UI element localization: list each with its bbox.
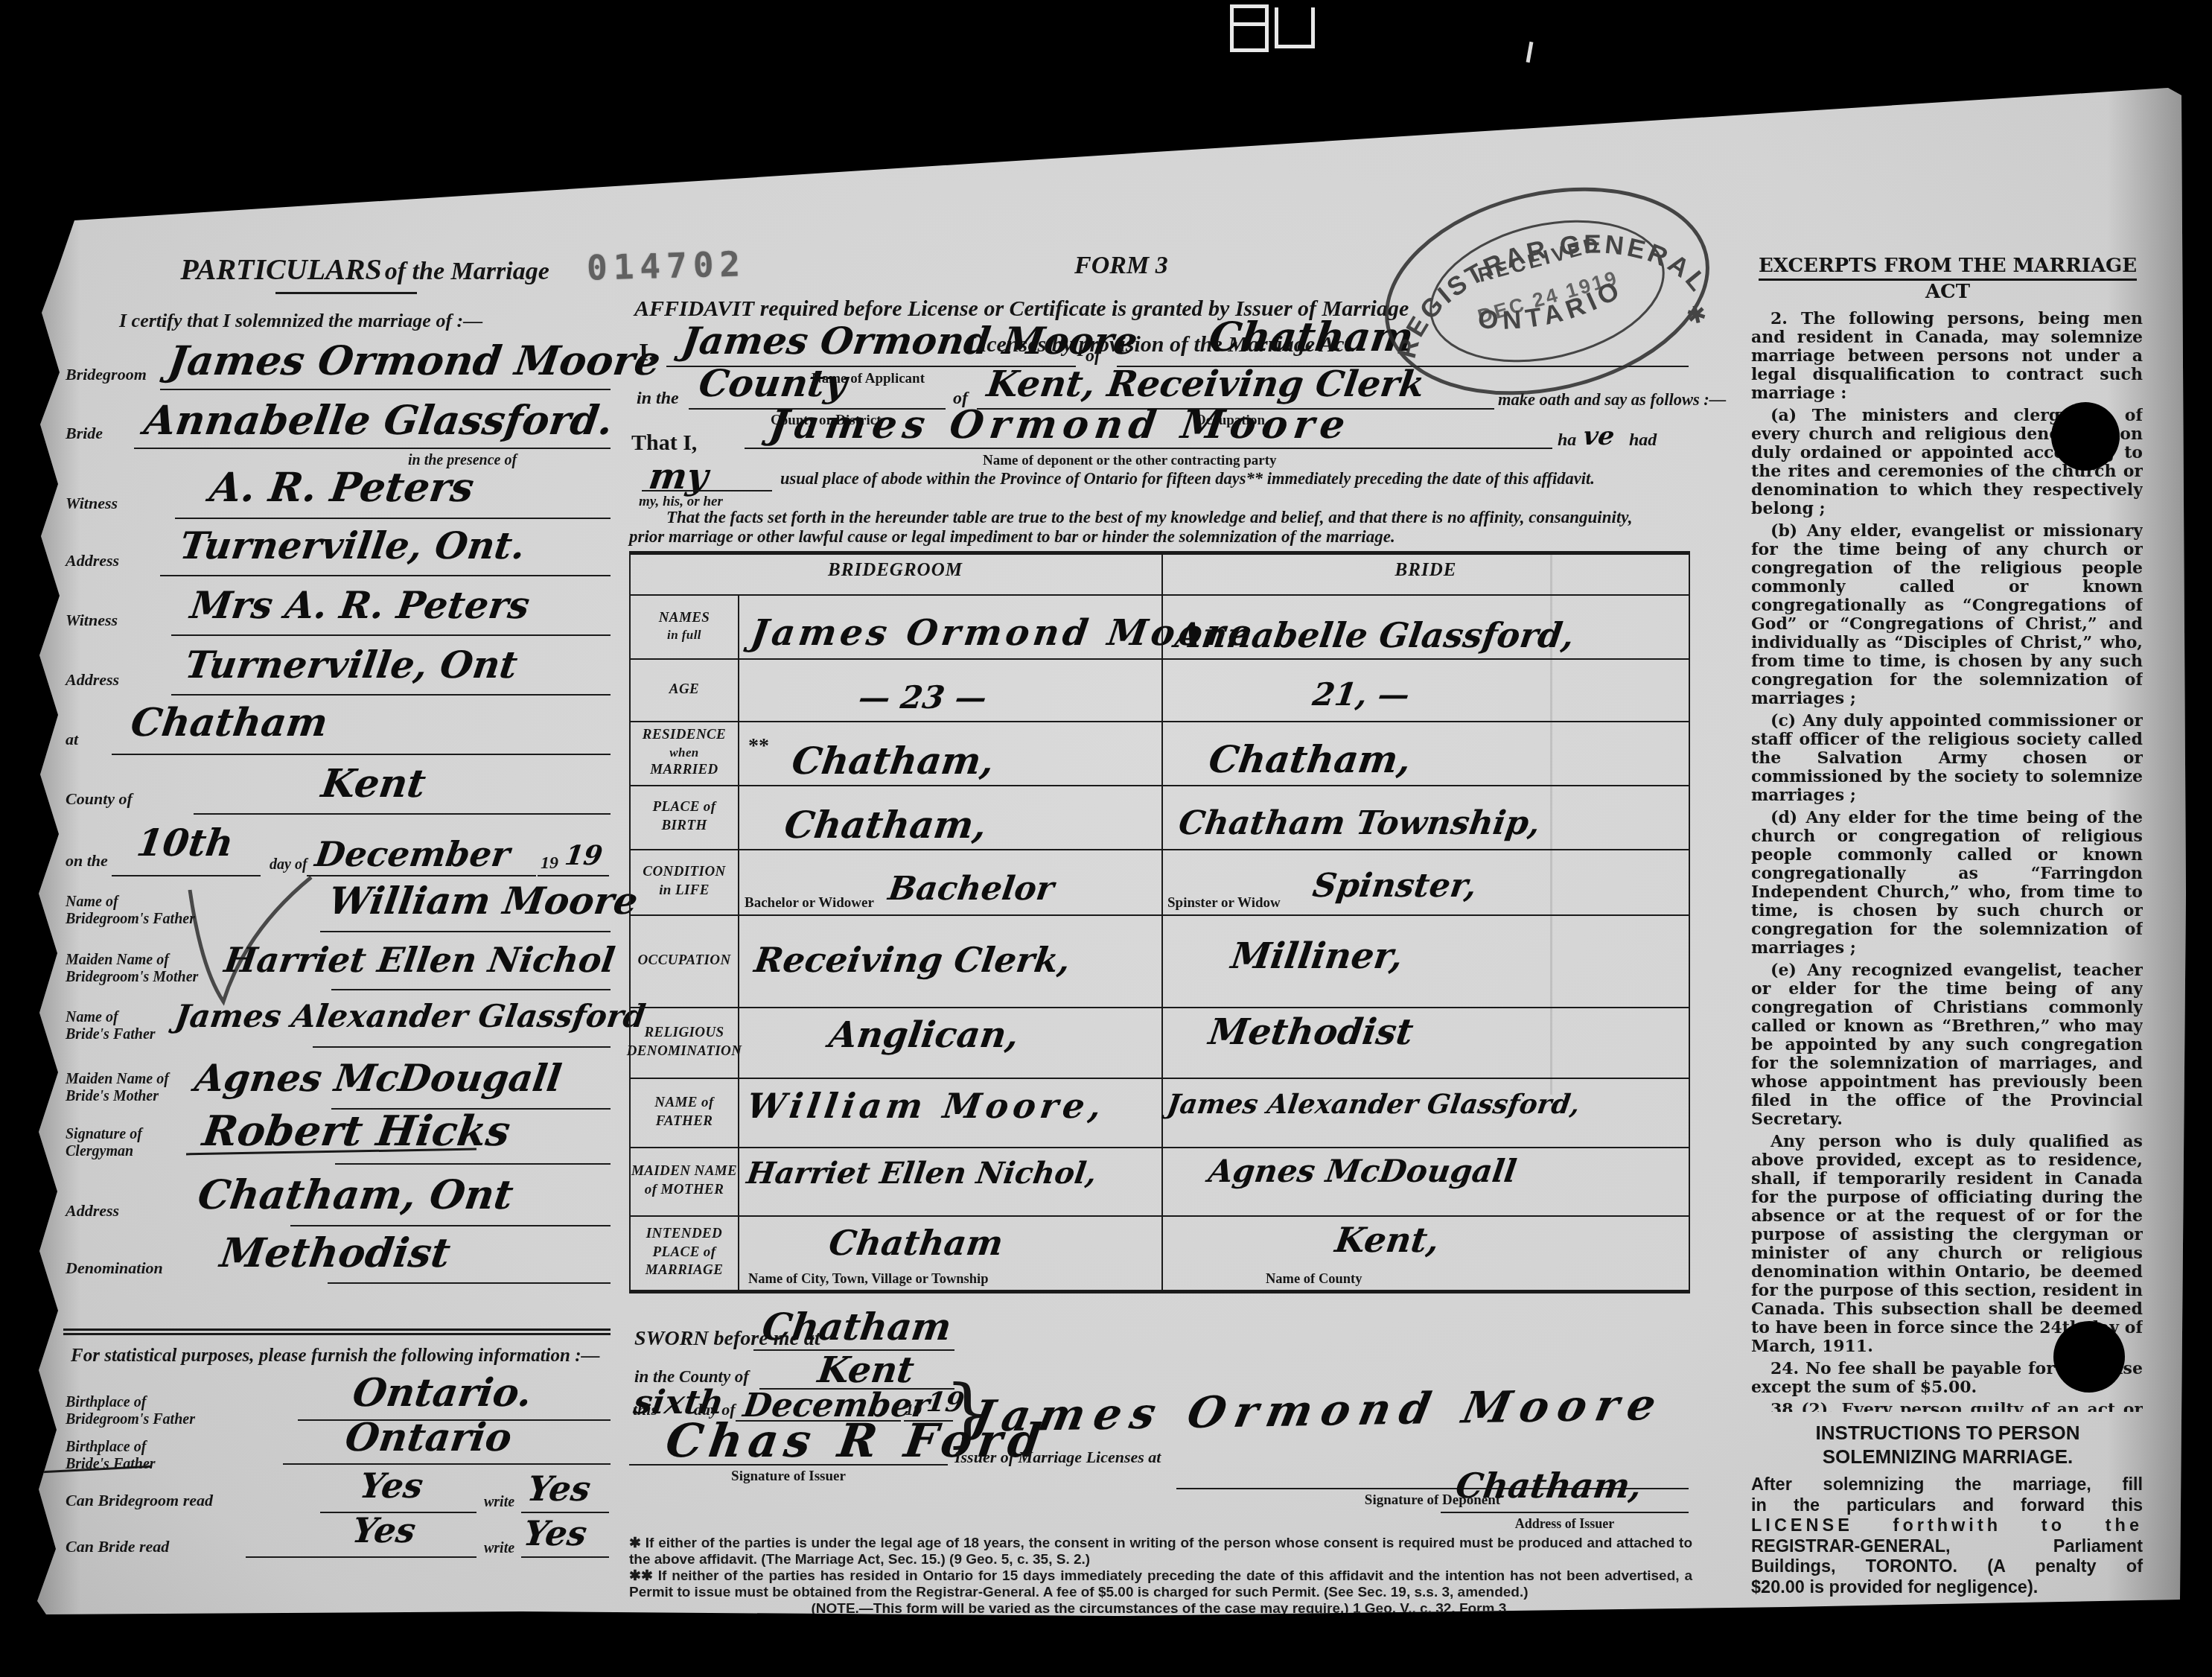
bride-condition-value: Spinster, bbox=[1310, 867, 1479, 905]
groom-residence-value: Chatham, bbox=[789, 739, 997, 783]
row-label-line: BIRTH bbox=[661, 817, 707, 836]
field-label-clergyman-signature: Signature of Clergyman bbox=[66, 1126, 142, 1160]
field-label-brides-father: Name of Bride's Father bbox=[66, 1009, 156, 1043]
document-paper: PARTICULARS of the Marriage I certify th… bbox=[0, 0, 2212, 1677]
excerpts-title-line2: ACT bbox=[1925, 281, 1970, 303]
act-paragraph-38: 38 (2). Every person guilty of an act or… bbox=[1751, 1401, 2143, 1412]
row-label-father: NAME of FATHER bbox=[629, 1078, 739, 1147]
row-label-line: when bbox=[669, 745, 698, 761]
sworn-county-handwritten: Kent bbox=[815, 1349, 917, 1391]
issuer-signature-label: Signature of Issuer bbox=[629, 1468, 948, 1485]
groom-intended-place-value: Chatham bbox=[826, 1223, 1006, 1263]
rule-line bbox=[112, 754, 611, 755]
stamp-star-icon: ✱ bbox=[1683, 299, 1709, 331]
stats-label-bride-write: write bbox=[484, 1540, 514, 1557]
row-label-line: NAME of bbox=[654, 1094, 713, 1113]
label-line-2: Bridegroom's Father bbox=[66, 1411, 195, 1428]
instructions-line: in the particulars and forward this bbox=[1751, 1495, 2143, 1516]
field-value-month: December bbox=[313, 834, 512, 874]
row-divider bbox=[629, 914, 1690, 916]
rule-line bbox=[290, 1225, 611, 1226]
residence-footnote-mark: ** bbox=[748, 734, 769, 758]
instructions-title-line1: INSTRUCTIONS TO PERSON bbox=[1816, 1422, 2080, 1444]
rule-line bbox=[313, 1046, 611, 1048]
row-divider bbox=[629, 849, 1690, 850]
field-value-address-2: Turnerville, Ont bbox=[182, 643, 520, 687]
bride-condition-sub-label: Spinster or Widow bbox=[1167, 895, 1281, 911]
table-mid-divider bbox=[1161, 551, 1163, 1290]
row-label-line: RESIDENCE bbox=[643, 726, 726, 745]
field-label-witness-2: Witness bbox=[66, 611, 118, 630]
rule-line bbox=[629, 1464, 948, 1466]
field-label-bridegroom: Bridegroom bbox=[66, 365, 147, 384]
field-value-bridegrooms-father: William Moore bbox=[326, 879, 640, 923]
bride-religion-value: Methodist bbox=[1206, 1011, 1416, 1053]
stats-label-can-bridegroom-read: Can Bridegroom read bbox=[66, 1491, 213, 1510]
row-label-line: MAIDEN NAME bbox=[631, 1162, 737, 1181]
double-rule-top bbox=[63, 1328, 611, 1331]
stats-label-bridegroom-write: write bbox=[484, 1494, 514, 1511]
act-paragraph-c: (c) Any duly appointed commissioner or s… bbox=[1751, 712, 2143, 805]
deponent-signature: James Ormond Moore bbox=[968, 1379, 1669, 1442]
issuer-of-licenses-label: Issuer of Marriage Licenses at bbox=[954, 1448, 1161, 1467]
row-label-line: AGE bbox=[669, 681, 699, 699]
registrar-general-stamp: REGISTRAR GENERAL ONTARIO RECEIVED DEC 2… bbox=[1368, 170, 1726, 416]
instructions-line: REGISTRAR-GENERAL, Parliament bbox=[1751, 1536, 2143, 1557]
printed-in-the: in the bbox=[637, 389, 679, 409]
stats-value-bridegrooms-father-birthplace: Ontario. bbox=[350, 1370, 535, 1416]
field-value-bridegroom: James Ormond Moore bbox=[165, 337, 663, 384]
field-value-witness-2: Mrs A. R. Peters bbox=[188, 583, 532, 627]
footnote-2: ✱✱ If neither of the parties has resided… bbox=[629, 1568, 1692, 1601]
groom-occupation-value: Receiving Clerk, bbox=[752, 940, 1073, 980]
stats-label-brides-father-birthplace: Birthplace of Bride's Father bbox=[66, 1439, 156, 1473]
groom-birthplace-value: Chatham, bbox=[782, 803, 989, 847]
instructions-line: Buildings, TORONTO. (A penalty of bbox=[1751, 1556, 2143, 1577]
field-label-on-the: on the bbox=[66, 851, 108, 871]
bride-names-value: Annabelle Glassford, bbox=[1173, 615, 1577, 655]
instructions-paragraph: After solemnizing the marriage, fill in … bbox=[1751, 1474, 2143, 1597]
marriage-act-excerpts: 2. The following persons, being men and … bbox=[1751, 310, 2143, 1412]
groom-condition-value: Bachelor bbox=[886, 870, 1056, 908]
excerpts-title: EXCERPTS FROM THE MARRIAGE ACT bbox=[1751, 255, 2144, 303]
row-label-line: FATHER bbox=[656, 1113, 713, 1131]
row-label-line: PLACE of bbox=[652, 1244, 715, 1262]
table-top-border bbox=[629, 551, 1690, 555]
double-rule-bottom bbox=[63, 1333, 611, 1335]
printed-abode: usual place of abode within the Province… bbox=[780, 469, 1595, 489]
groom-father-value: William Moore, bbox=[745, 1086, 1109, 1126]
field-label-at: at bbox=[66, 730, 78, 749]
rule-line bbox=[320, 931, 611, 932]
title-underline bbox=[275, 292, 417, 294]
rule-line bbox=[745, 448, 1552, 449]
instructions-title: INSTRUCTIONS TO PERSON SOLEMNIZING MARRI… bbox=[1751, 1421, 2144, 1468]
rule-line bbox=[246, 1556, 476, 1558]
applicant-name-handwritten: James Ormond Moore bbox=[679, 319, 1141, 363]
row-label-residence: RESIDENCE when MARRIED bbox=[629, 721, 739, 785]
rule-line bbox=[171, 694, 611, 696]
bride-residence-value: Chatham, bbox=[1206, 737, 1414, 781]
stats-label-can-bride-read: Can Bride read bbox=[66, 1537, 169, 1556]
instructions-line: LICENSE forthwith to the bbox=[1751, 1515, 2143, 1536]
printed-had: had bbox=[1629, 430, 1657, 451]
deponent-sub-label: Name of deponent or the other contractin… bbox=[983, 453, 1277, 469]
row-label-line: of MOTHER bbox=[645, 1181, 724, 1200]
scanner-mark-8 bbox=[1230, 4, 1269, 52]
rule-line bbox=[335, 1163, 611, 1165]
serial-number-stamp: 014702 bbox=[586, 244, 747, 288]
stats-value-bride-read: Yes bbox=[350, 1510, 418, 1550]
field-label-bride: Bride bbox=[66, 424, 103, 443]
field-label-address-1: Address bbox=[66, 551, 119, 570]
row-label-age: AGE bbox=[629, 658, 739, 721]
bride-birthplace-value: Chatham Township, bbox=[1176, 804, 1543, 842]
field-label-address-2: Address bbox=[66, 670, 119, 690]
stray-pen-mark bbox=[179, 864, 328, 1013]
deponent-name-handwritten: James Ormond Moore bbox=[767, 402, 1354, 448]
particulars-title-rest: of the Marriage bbox=[385, 258, 549, 285]
table-header-bride: BRIDE bbox=[1161, 560, 1690, 581]
rule-line bbox=[194, 813, 611, 815]
row-label-line: MARRIED bbox=[650, 761, 718, 780]
row-label-names: NAMES in full bbox=[629, 594, 739, 658]
issuer-address-label: Address of Issuer bbox=[1441, 1516, 1689, 1532]
label-line-1: Maiden Name of bbox=[66, 952, 169, 968]
bride-intended-place-value: Kent, bbox=[1333, 1220, 1442, 1260]
rule-line bbox=[307, 875, 536, 876]
rule-line bbox=[175, 518, 611, 519]
row-divider bbox=[629, 658, 1690, 660]
field-value-clergyman-address: Chatham, Ont bbox=[195, 1171, 516, 1218]
field-label-bridegrooms-father: Name of Bridegroom's Father bbox=[66, 894, 195, 928]
table-header-underline bbox=[629, 594, 1690, 596]
groom-religion-value: Anglican, bbox=[826, 1014, 1021, 1056]
printed-ha: ha bbox=[1558, 430, 1576, 451]
rule-line bbox=[331, 989, 611, 990]
row-label-line: OCCUPATION bbox=[637, 952, 730, 970]
act-paragraph-e: (e) Any recognized evangelist, teacher o… bbox=[1751, 961, 2143, 1129]
occupation-handwritten: Kent, Receiving Clerk bbox=[984, 363, 1427, 405]
field-value-address-1: Turnerville, Ont. bbox=[177, 524, 528, 567]
rule-line bbox=[171, 634, 611, 636]
scanner-mark-0 bbox=[1275, 7, 1315, 48]
rule-line bbox=[160, 575, 611, 576]
county-handwritten: County bbox=[696, 361, 850, 405]
rule-line bbox=[134, 448, 611, 449]
stats-value-bride-write: Yes bbox=[521, 1513, 590, 1553]
row-label-occupation: OCCUPATION bbox=[629, 914, 739, 1007]
instructions-title-line2: SOLEMNIZING MARRIAGE. bbox=[1823, 1445, 2074, 1468]
footnote-note: (NOTE.—This form will be varied as the c… bbox=[629, 1601, 1692, 1617]
facts-line2: prior marriage or other lawful cause or … bbox=[629, 527, 1395, 547]
handwritten-ve: ve bbox=[1581, 421, 1616, 451]
field-label-denomination: Denomination bbox=[66, 1258, 163, 1278]
punch-hole-top bbox=[2051, 402, 2120, 471]
row-label-line: in LIFE bbox=[659, 882, 710, 900]
rule-line bbox=[283, 1463, 611, 1465]
field-label-year-19: 19 bbox=[541, 853, 558, 874]
scanned-marriage-affidavit: PARTICULARS of the Marriage I certify th… bbox=[0, 0, 2212, 1677]
field-label-brides-mother: Maiden Name of Bride's Mother bbox=[66, 1071, 169, 1105]
scanner-mark-tick bbox=[1526, 42, 1534, 63]
excerpts-title-line1: EXCERPTS FROM THE MARRIAGE bbox=[1759, 255, 2137, 281]
row-label-birthplace: PLACE of BIRTH bbox=[629, 785, 739, 849]
label-line-2: Bride's Father bbox=[66, 1026, 156, 1043]
table-right-border bbox=[1689, 551, 1690, 1292]
label-line-1: Birthplace of bbox=[66, 1439, 146, 1455]
field-label-witness-1: Witness bbox=[66, 494, 118, 513]
particulars-title-word: PARTICULARS bbox=[180, 252, 381, 286]
particulars-title: PARTICULARS of the Marriage bbox=[112, 252, 618, 287]
stats-value-brides-father-birthplace: Ontario bbox=[342, 1415, 514, 1460]
table-header-bridegroom: BRIDEGROOM bbox=[629, 560, 1161, 581]
act-paragraph-b: (b) Any elder, evangelist or missionary … bbox=[1751, 522, 2143, 708]
row-label-mother: MAIDEN NAME of MOTHER bbox=[629, 1147, 739, 1215]
instructions-line: $20.00 is provided for negligence). bbox=[1751, 1577, 2143, 1598]
stats-label-bridegrooms-father-birthplace: Birthplace of Bridegroom's Father bbox=[66, 1394, 195, 1428]
row-divider bbox=[629, 721, 1690, 722]
groom-mother-value: Harriet Ellen Nichol, bbox=[745, 1156, 1099, 1191]
printed-i: I, bbox=[639, 339, 655, 367]
footnote-1: ✱ If either of the parties is under the … bbox=[629, 1536, 1692, 1568]
label-line-1: Maiden Name of bbox=[66, 1071, 169, 1087]
form-number: FORM 3 bbox=[1074, 252, 1168, 280]
field-value-brides-mother: Agnes McDougall bbox=[192, 1056, 564, 1100]
punch-hole-bottom bbox=[2053, 1321, 2125, 1393]
act-paragraph-d: (d) Any elder for the time being of the … bbox=[1751, 809, 2143, 958]
groom-intended-sub-label: Name of City, Town, Village or Township bbox=[748, 1272, 988, 1288]
bride-intended-sub-label: Name of County bbox=[1266, 1272, 1362, 1288]
field-value-bride: Annabelle Glassford. bbox=[141, 396, 616, 444]
row-label-line: DENOMINATION bbox=[627, 1043, 742, 1061]
bride-father-value: James Alexander Glassford, bbox=[1165, 1089, 1582, 1120]
row-label-religion: RELIGIOUS DENOMINATION bbox=[629, 1007, 739, 1078]
row-label-line: in full bbox=[667, 627, 701, 643]
rule-line bbox=[538, 875, 609, 876]
field-value-day: 10th bbox=[134, 821, 236, 865]
row-divider bbox=[629, 785, 1690, 786]
label-line-1: Name of bbox=[66, 894, 118, 910]
row-divider bbox=[629, 1078, 1690, 1079]
row-label-line: RELIGIOUS bbox=[644, 1024, 724, 1043]
printed-that-i: That I, bbox=[631, 430, 697, 456]
bride-age-value: 21, — bbox=[1310, 676, 1412, 713]
label-line-1: Name of bbox=[66, 1009, 118, 1025]
label-line-2: Clergyman bbox=[66, 1143, 133, 1159]
row-divider bbox=[629, 1147, 1690, 1148]
rule-line bbox=[1441, 1512, 1689, 1513]
field-value-witness-1: A. R. Peters bbox=[207, 463, 477, 511]
certify-line: I certify that I solemnized the marriage… bbox=[119, 310, 482, 332]
field-value-denomination: Methodist bbox=[217, 1229, 453, 1276]
row-label-line: NAMES bbox=[659, 609, 710, 628]
scanner-mark-8-bar bbox=[1230, 22, 1269, 26]
stats-value-bridegroom-read: Yes bbox=[357, 1466, 426, 1506]
facts-line1: That the facts set forth in the hereunde… bbox=[666, 508, 1632, 527]
field-value-at: Chatham bbox=[128, 700, 331, 745]
field-value-year: 19 bbox=[563, 840, 605, 871]
groom-age-value: — 23 — bbox=[856, 679, 989, 716]
label-line-2: Bridegroom's Father bbox=[66, 911, 195, 927]
act-paragraph-2: 2. The following persons, being men and … bbox=[1751, 310, 2143, 403]
groom-condition-sub-label: Bachelor or Widower bbox=[745, 895, 874, 911]
rule-line bbox=[160, 389, 611, 390]
row-label-intended-place: INTENDED PLACE of MARRIAGE bbox=[629, 1215, 739, 1290]
field-value-county-of: Kent bbox=[319, 761, 429, 806]
rule-line bbox=[328, 1282, 611, 1284]
rule-line bbox=[521, 1556, 609, 1558]
field-label-county-of: County of bbox=[66, 789, 133, 809]
label-line-2: Bride's Mother bbox=[66, 1088, 159, 1104]
field-label-clergyman-address: Address bbox=[66, 1201, 119, 1221]
stats-value-bridegroom-write: Yes bbox=[525, 1468, 593, 1509]
row-label-line: CONDITION bbox=[643, 863, 725, 882]
row-label-condition: CONDITION in LIFE bbox=[629, 849, 739, 914]
row-divider bbox=[629, 1215, 1690, 1217]
instructions-line: After solemnizing the marriage, fill bbox=[1751, 1474, 2143, 1495]
table-bottom-border bbox=[629, 1290, 1690, 1293]
label-line-1: Signature of bbox=[66, 1126, 142, 1142]
row-label-line: INTENDED bbox=[646, 1225, 722, 1244]
row-label-line: MARRIAGE bbox=[646, 1261, 724, 1280]
issuer-place-handwritten: Chatham, bbox=[1453, 1466, 1645, 1506]
rule-line bbox=[642, 490, 772, 491]
sworn-place-handwritten: Chatham bbox=[759, 1305, 954, 1349]
bride-occupation-value: Milliner, bbox=[1228, 935, 1406, 977]
label-line-2: Bride's Father bbox=[66, 1456, 156, 1472]
row-label-line: PLACE of bbox=[652, 798, 715, 817]
bride-mother-value: Agnes McDougall bbox=[1206, 1153, 1519, 1189]
label-line-1: Birthplace of bbox=[66, 1394, 146, 1410]
stats-intro: For statistical purposes, please furnish… bbox=[71, 1345, 614, 1367]
row-divider bbox=[629, 1007, 1690, 1008]
